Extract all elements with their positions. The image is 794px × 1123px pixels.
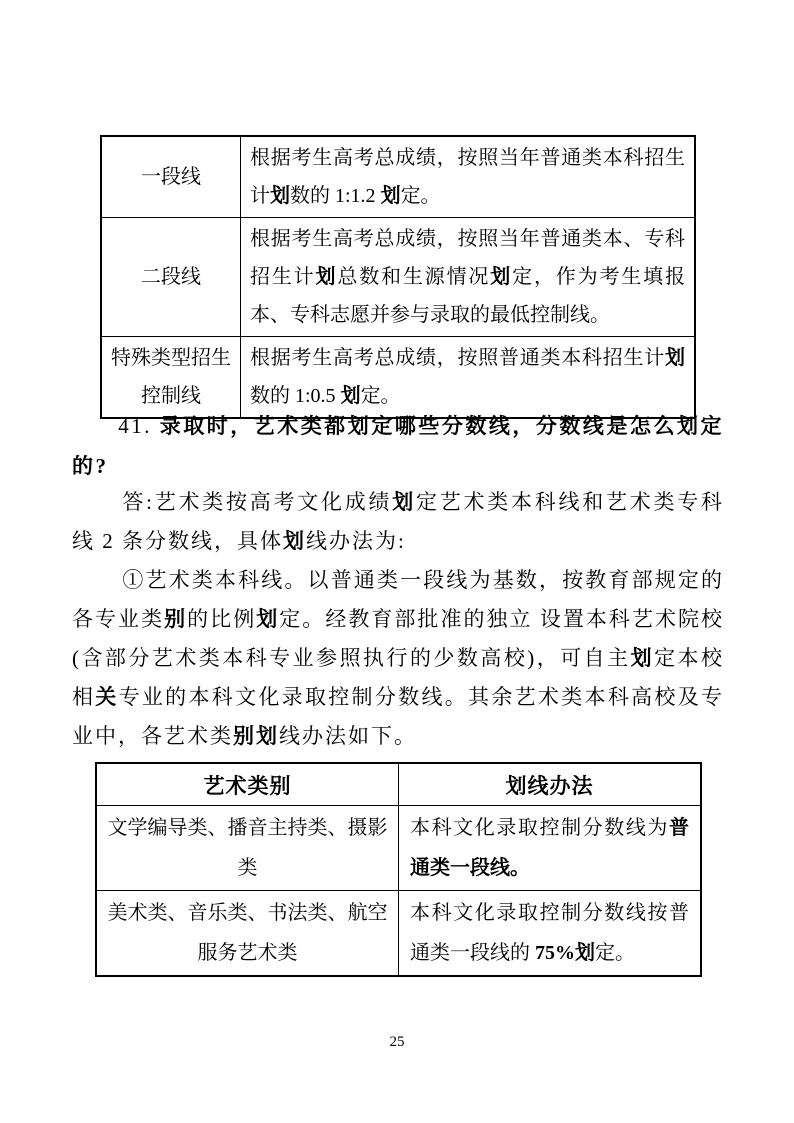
table-header-row: 艺术类别 划线办法: [96, 763, 701, 806]
table-row: 一段线 根据考生高考总成绩，按照当年普通类本科招生计划数的 1:1.2 划定。: [101, 136, 695, 218]
art-category-cell: 美术类、音乐类、书法类、航空服务艺术类: [96, 891, 399, 977]
document-page: 一段线 根据考生高考总成绩，按照当年普通类本科招生计划数的 1:1.2 划定。 …: [0, 0, 794, 1123]
score-line-desc: 根据考生高考总成绩，按照当年普通类本科招生计划数的 1:1.2 划定。: [241, 136, 696, 218]
score-line-desc: 根据考生高考总成绩，按照当年普通类本、专科招生计划总数和生源情况划定，作为考生填…: [241, 218, 696, 337]
page-number: 25: [0, 1034, 794, 1051]
line-method-cell: 本科文化录取控制分数线按普通类一段线的 75%划定。: [399, 891, 702, 977]
score-lines-table: 一段线 根据考生高考总成绩，按照当年普通类本科招生计划数的 1:1.2 划定。 …: [100, 135, 696, 419]
table-row: 文学编导类、播音主持类、摄影类 本科文化录取控制分数线为普通类一段线。: [96, 806, 701, 891]
table-row: 美术类、音乐类、书法类、航空服务艺术类 本科文化录取控制分数线按普通类一段线的 …: [96, 891, 701, 977]
table-row: 二段线 根据考生高考总成绩，按照当年普通类本、专科招生计划总数和生源情况划定，作…: [101, 218, 695, 337]
art-category-header: 艺术类别: [96, 763, 399, 806]
answer-paragraph: 答:艺术类按高考文化成绩划定艺术类本科线和艺术类专科线 2 条分数线，具体划线办…: [72, 483, 724, 561]
score-line-term: 二段线: [101, 218, 241, 337]
art-categories-table: 艺术类别 划线办法 文学编导类、播音主持类、摄影类 本科文化录取控制分数线为普通…: [95, 762, 702, 977]
line-method-header: 划线办法: [399, 763, 702, 806]
score-line-term: 一段线: [101, 136, 241, 218]
question-heading: 41. 录取时，艺术类都划定哪些分数线，分数线是怎么划定的?: [72, 406, 724, 486]
answer-paragraph: ①艺术类本科线。以普通类一段线为基数，按教育部规定的各专业类别的比例划定。经教育…: [72, 561, 724, 756]
art-category-cell: 文学编导类、播音主持类、摄影类: [96, 806, 399, 891]
line-method-cell: 本科文化录取控制分数线为普通类一段线。: [399, 806, 702, 891]
